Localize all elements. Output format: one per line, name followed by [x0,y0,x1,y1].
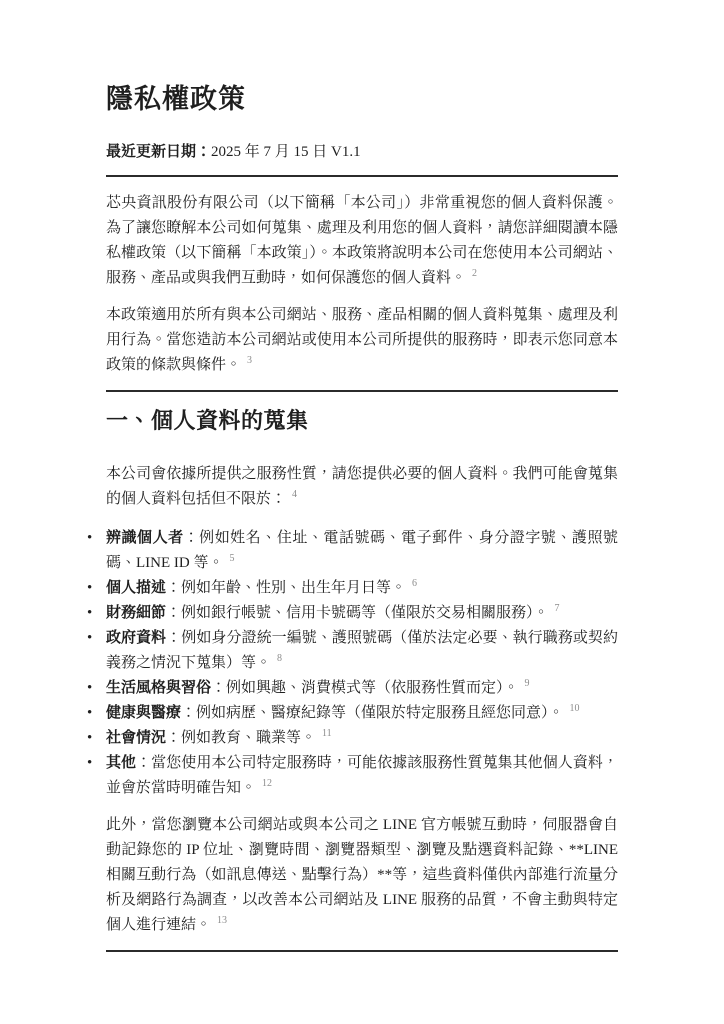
list-item-label: 辨識個人者 [106,530,184,546]
list-item-text: ：例如身分證統一編號、護照號碼（僅於法定必要、執行職務或契約義務之情況下蒐集）等… [106,630,618,671]
list-item-text: ：例如病歷、醫療紀錄等（僅限於特定服務且經您同意）。 [181,705,564,721]
last-updated-line: 最近更新日期：2025 年 7 月 15 日 V1.1 [106,140,618,165]
list-item-label: 生活風格與習俗 [106,680,211,696]
list-item-text: ：例如姓名、住址、電話號碼、電子郵件、身分證字號、護照號碼、LINE ID 等。 [106,530,618,571]
footnote-ref-2: 2 [472,268,477,279]
divider-section [106,390,618,392]
last-updated-value: 2025 年 7 月 15 日 V1.1 [211,144,361,160]
footnote-ref-3: 3 [247,355,252,366]
footnote-ref-5: 5 [229,553,234,564]
list-item-text: ：例如興趣、消費模式等（依服務性質而定）。 [211,680,519,696]
footnote-ref-10: 10 [570,703,580,714]
list-item-label: 社會情況 [106,730,166,746]
closing-paragraph: 此外，當您瀏覽本公司網站或與本公司之 LINE 官方帳號互動時，伺服器會自動記錄… [106,813,618,938]
list-item-financial-details: 財務細節：例如銀行帳號、信用卡號碼等（僅限於交易相關服務）。7 [106,601,618,626]
list-item-text: ：當您使用本公司特定服務時，可能依據該服務性質蒐集其他個人資料，並會於當時明確告… [106,755,618,796]
personal-data-list: 辨識個人者：例如姓名、住址、電話號碼、電子郵件、身分證字號、護照號碼、LINE … [106,526,618,801]
list-item-health-medical: 健康與醫療：例如病歷、醫療紀錄等（僅限於特定服務且經您同意）。10 [106,701,618,726]
paragraph-text: 此外，當您瀏覽本公司網站或與本公司之 LINE 官方帳號互動時，伺服器會自動記錄… [106,817,618,933]
section-heading-collection: 一、個人資料的蒐集 [106,406,618,436]
divider-top [106,175,618,177]
paragraph-text: 本公司會依據所提供之服務性質，請您提供必要的個人資料。我們可能會蒐集的個人資料包… [106,466,618,507]
footnote-ref-8: 8 [277,653,282,664]
footnote-ref-9: 9 [525,678,530,689]
list-item-text: ：例如年齡、性別、出生年月日等。 [166,580,406,596]
list-item-lifestyle: 生活風格與習俗：例如興趣、消費模式等（依服務性質而定）。9 [106,676,618,701]
intro-paragraph-1: 芯央資訊股份有限公司（以下簡稱「本公司」）非常重視您的個人資料保護。為了讓您瞭解… [106,191,618,291]
list-item-label: 其他 [106,755,136,771]
list-item-label: 個人描述 [106,580,166,596]
list-item-personal-description: 個人描述：例如年齡、性別、出生年月日等。6 [106,576,618,601]
list-item-text: ：例如銀行帳號、信用卡號碼等（僅限於交易相關服務）。 [166,605,549,621]
paragraph-text: 本政策適用於所有與本公司網站、服務、產品相關的個人資料蒐集、處理及利用行為。當您… [106,307,618,373]
footnote-ref-13: 13 [217,915,227,926]
list-item-identifiers: 辨識個人者：例如姓名、住址、電話號碼、電子郵件、身分證字號、護照號碼、LINE … [106,526,618,576]
footnote-ref-4: 4 [292,489,297,500]
page-title: 隱私權政策 [106,82,618,116]
footnote-ref-12: 12 [262,778,272,789]
list-item-others: 其他：當您使用本公司特定服務時，可能依據該服務性質蒐集其他個人資料，並會於當時明… [106,751,618,801]
section-intro-paragraph: 本公司會依據所提供之服務性質，請您提供必要的個人資料。我們可能會蒐集的個人資料包… [106,462,618,512]
intro-paragraph-2: 本政策適用於所有與本公司網站、服務、產品相關的個人資料蒐集、處理及利用行為。當您… [106,303,618,378]
list-item-text: ：例如教育、職業等。 [166,730,316,746]
paragraph-text: 芯央資訊股份有限公司（以下簡稱「本公司」）非常重視您的個人資料保護。為了讓您瞭解… [106,195,618,286]
last-updated-label: 最近更新日期： [106,144,211,160]
list-item-label: 政府資料 [106,630,166,646]
list-item-label: 健康與醫療 [106,705,181,721]
list-item-social-situation: 社會情況：例如教育、職業等。11 [106,726,618,751]
list-item-government-data: 政府資料：例如身分證統一編號、護照號碼（僅於法定必要、執行職務或契約義務之情況下… [106,626,618,676]
footnote-ref-6: 6 [412,578,417,589]
privacy-policy-page: 隱私權政策 最近更新日期：2025 年 7 月 15 日 V1.1 芯央資訊股份… [0,0,724,1024]
list-item-label: 財務細節 [106,605,166,621]
footnote-ref-11: 11 [322,728,332,739]
footnote-ref-7: 7 [555,603,560,614]
divider-bottom [106,950,618,952]
